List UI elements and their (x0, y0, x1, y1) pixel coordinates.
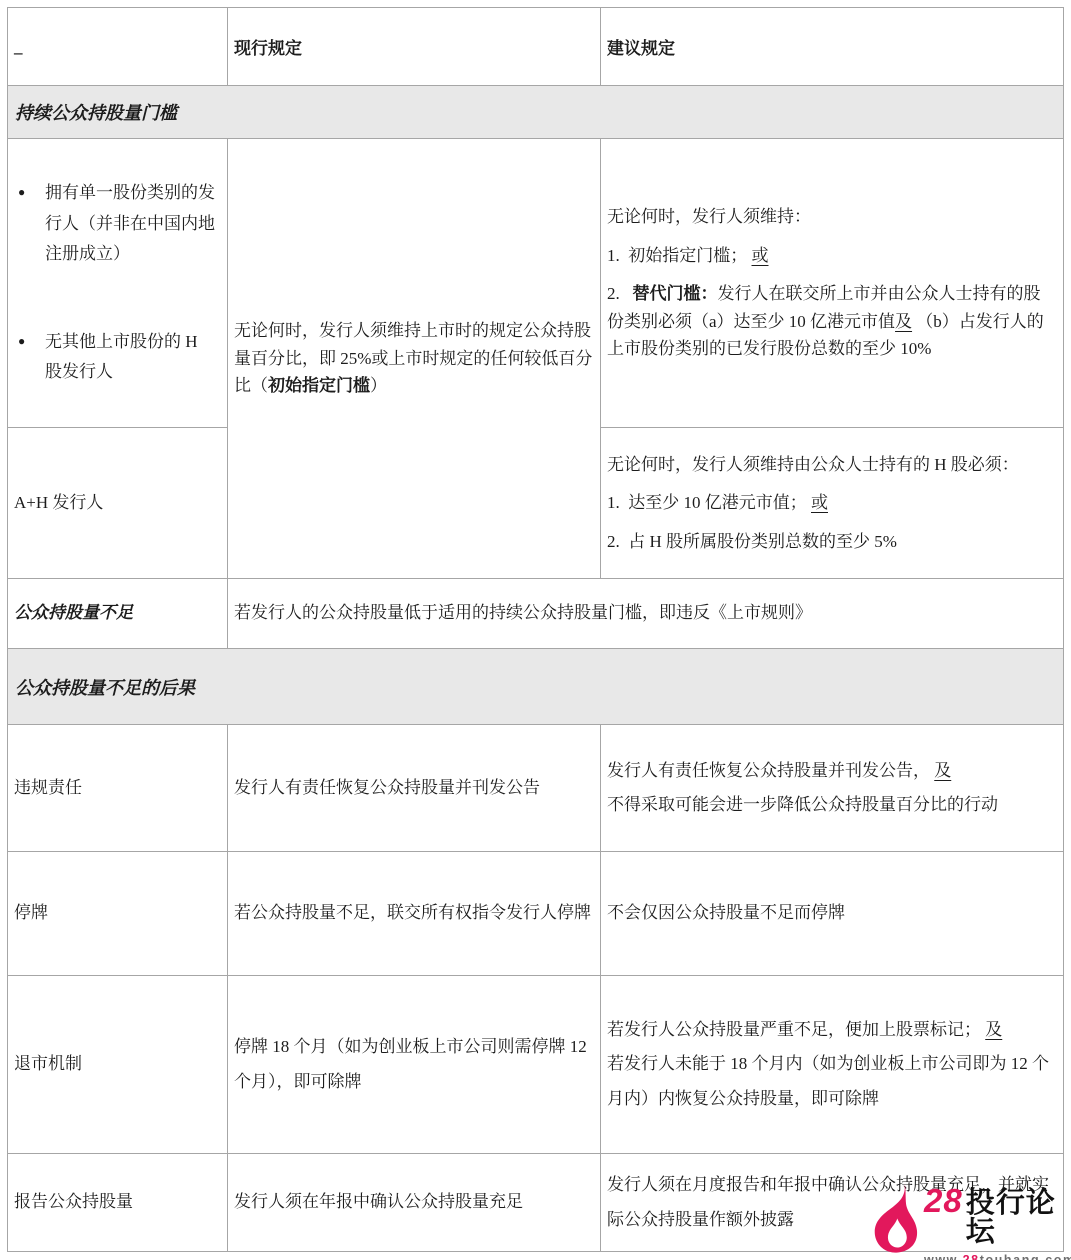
insufficient-float-rule-text: 若发行人的公众持股量低于适用的持续公众持股量门槛，即违反《上市规则》 (234, 596, 1057, 630)
current-rule-reporting-text: 发行人须在年报中确认公众持股量充足 (234, 1185, 594, 1219)
initial-threshold-term: 初始指定门槛 (268, 376, 370, 395)
table-row-section2: 公众持股量不足的后果 (8, 649, 1064, 725)
watermark-number: 28 (924, 1184, 963, 1217)
insufficient-float-rule-cell: 若发行人的公众持股量低于适用的持续公众持股量门槛，即违反《上市规则》 (228, 579, 1064, 649)
header-cell-empty: _ (8, 8, 228, 86)
current-rule-delisting-cell: 停牌 18 个月（如为创业板上市公司则需停牌 12 个月），即可除牌 (228, 976, 601, 1154)
proposed-item-2: 2. 占 H 股所属股份类别总数的至少 5% (607, 528, 1057, 556)
proposed-breach-line1: 发行人有责任恢复公众持股量并刊发公告， 及 (607, 754, 1057, 788)
current-rule-delisting-text: 停牌 18 个月（如为创业板上市公司则需停牌 12 个月），即可除牌 (234, 1030, 594, 1099)
current-rule-reporting-cell: 发行人须在年报中确认公众持股量充足 (228, 1154, 601, 1252)
text-segment: 若发行人公众持股量严重不足，便加上股票标记； (607, 1020, 985, 1039)
bullet-text-single-class: 拥有单一股份类别的发行人（并非在中国内地注册成立） (45, 178, 215, 269)
proposed-delisting-line2: 若发行人未能于 18 个月内（如为创业板上市公司即为 12 个月内）内恢复公众持… (607, 1047, 1057, 1116)
current-rule-breach-text: 发行人有责任恢复公众持股量并刊发公告 (234, 771, 594, 805)
proposed-rule-breach-cell: 发行人有责任恢复公众持股量并刊发公告， 及 不得采取可能会进一步降低公众持股量百… (601, 725, 1064, 852)
proposed-rule-suspension-cell: 不会仅因公众持股量不足而停牌 (601, 852, 1064, 976)
current-rule-breach-cell: 发行人有责任恢复公众持股量并刊发公告 (228, 725, 601, 852)
url-segment-28: 28 (963, 1253, 980, 1260)
row-label-reporting: 报告公众持股量 (8, 1154, 228, 1252)
proposed-breach-line2: 不得采取可能会进一步降低公众持股量百分比的行动 (607, 788, 1057, 822)
watermark-title: 28 投行论坛 (924, 1184, 1071, 1247)
text-segment: 发行人有责任恢复公众持股量并刊发公告， (607, 761, 934, 780)
text-segment: 2. (607, 284, 633, 303)
text-segment: 1. 初始指定门槛； (607, 246, 752, 265)
corner-mark: _ (14, 37, 23, 57)
proposed-intro: 无论何时，发行人须维持： (607, 203, 1057, 231)
table-row-header: _ 现行规定 建议规定 (8, 8, 1064, 86)
or-keyword: 或 (811, 493, 828, 512)
and-keyword: 及 (985, 1020, 1002, 1039)
table-row-single-class-issuers: ● 拥有单一股份类别的发行人（并非在中国内地注册成立） ● 无其他上市股份的 H… (8, 139, 1064, 428)
proposed-rule-a-plus-h-cell: 无论何时，发行人须维持由公众人士持有的 H 股必须： 1. 达至少 10 亿港元… (601, 428, 1064, 579)
bullet-text-h-share: 无其他上市股份的 H 股发行人 (45, 327, 215, 388)
table-row-breach-responsibility: 违规责任 发行人有责任恢复公众持股量并刊发公告 发行人有责任恢复公众持股量并刊发… (8, 725, 1064, 852)
proposed-item-2: 2. 替代门槛：发行人在联交所上市并由公众人士持有的股份类别必须（a）达至少 1… (607, 280, 1057, 363)
table-row-suspension: 停牌 若公众持股量不足，联交所有权指令发行人停牌 不会仅因公众持股量不足而停牌 (8, 852, 1064, 976)
bullet-icon: ● (18, 178, 45, 200)
current-rule-suspension-text: 若公众持股量不足，联交所有权指令发行人停牌 (234, 896, 594, 930)
watermark-logo: 28 投行论坛 www.28touhang.com (864, 1178, 1060, 1258)
rules-comparison-table: _ 现行规定 建议规定 持续公众持股量门槛 ● 拥有单一股份类别的发行人（并非在… (7, 7, 1064, 1252)
proposed-intro: 无论何时，发行人须维持由公众人士持有的 H 股必须： (607, 451, 1057, 479)
current-rule-threshold-text: 无论何时，发行人须维持上市时的规定公众持股量百分比，即 25%或上市时规定的任何… (234, 317, 594, 400)
proposed-item-1: 1. 达至少 10 亿港元市值； 或 (607, 489, 1057, 517)
proposed-rule-suspension-text: 不会仅因公众持股量不足而停牌 (607, 896, 1057, 930)
table-row-delisting: 退市机制 停牌 18 个月（如为创业板上市公司则需停牌 12 个月），即可除牌 … (8, 976, 1064, 1154)
proposed-delisting-line1: 若发行人公众持股量严重不足，便加上股票标记； 及 (607, 1013, 1057, 1047)
flame-icon (864, 1182, 922, 1255)
watermark-text-block: 28 投行论坛 www.28touhang.com (924, 1178, 1071, 1260)
section2-title: 公众持股量不足的后果 (8, 649, 1064, 725)
table-row-insufficient-float: 公众持股量不足 若发行人的公众持股量低于适用的持续公众持股量门槛，即违反《上市规… (8, 579, 1064, 649)
watermark-url: www.28touhang.com (924, 1253, 1071, 1260)
row-label-delisting: 退市机制 (8, 976, 228, 1154)
header-cell-proposed: 建议规定 (601, 8, 1064, 86)
and-keyword: 及 (934, 761, 951, 780)
text-segment: ） (370, 376, 387, 395)
row-label-suspension: 停牌 (8, 852, 228, 976)
row-label-a-plus-h: A+H 发行人 (8, 428, 228, 579)
text-segment: 1. 达至少 10 亿港元市值； (607, 493, 811, 512)
current-rule-suspension-cell: 若公众持股量不足，联交所有权指令发行人停牌 (228, 852, 601, 976)
watermark-name: 投行论坛 (966, 1189, 1071, 1247)
url-segment: www. (924, 1253, 963, 1260)
list-item: ● 无其他上市股份的 H 股发行人 (18, 327, 215, 388)
list-item: ● 拥有单一股份类别的发行人（并非在中国内地注册成立） (18, 178, 215, 269)
url-segment: touhang.com (980, 1253, 1071, 1260)
alternative-threshold-term: 替代门槛： (633, 284, 718, 303)
proposed-rule-threshold-cell: 无论何时，发行人须维持： 1. 初始指定门槛； 或 2. 替代门槛：发行人在联交… (601, 139, 1064, 428)
section1-title: 持续公众持股量门槛 (8, 86, 1064, 139)
table-row-section1: 持续公众持股量门槛 (8, 86, 1064, 139)
proposed-item-1: 1. 初始指定门槛； 或 (607, 242, 1057, 270)
or-keyword: 或 (752, 246, 769, 265)
document-page: { "page": { "header": { "corner_mark": "… (0, 0, 1071, 1260)
header-cell-current: 现行规定 (228, 8, 601, 86)
current-rule-threshold-cell: 无论何时，发行人须维持上市时的规定公众持股量百分比，即 25%或上市时规定的任何… (228, 139, 601, 579)
issuer-types-cell: ● 拥有单一股份类别的发行人（并非在中国内地注册成立） ● 无其他上市股份的 H… (8, 139, 228, 428)
proposed-rule-delisting-cell: 若发行人公众持股量严重不足，便加上股票标记； 及 若发行人未能于 18 个月内（… (601, 976, 1064, 1154)
and-keyword: 及 (895, 312, 912, 331)
row-label-insufficient-float: 公众持股量不足 (8, 579, 228, 649)
bullet-icon: ● (18, 327, 45, 349)
row-label-breach: 违规责任 (8, 725, 228, 852)
